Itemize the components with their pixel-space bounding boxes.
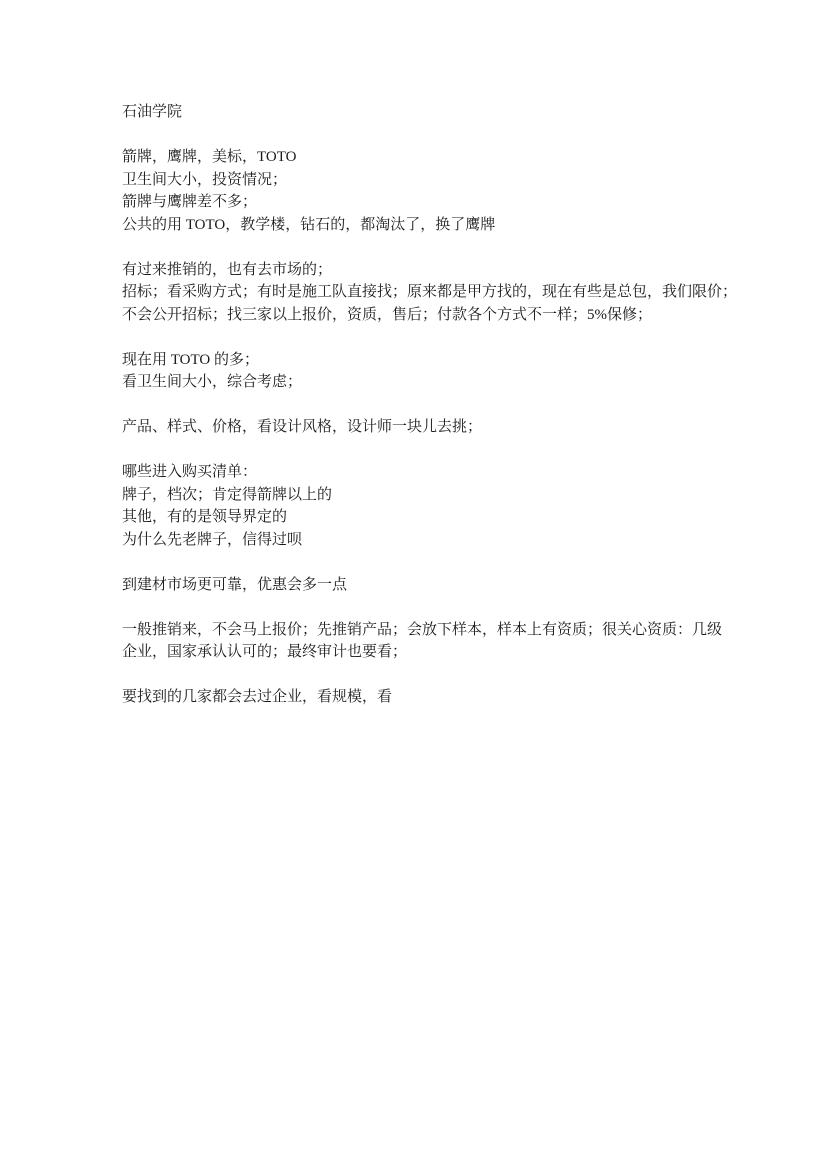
document-page: 石油学院 箭牌，鹰牌，美标，TOTO 卫生间大小，投资情况； 箭牌与鹰牌差不多；… (0, 0, 827, 1169)
text-line: 牌子，档次；肯定得箭牌以上的 (122, 484, 712, 507)
blank-line (122, 551, 712, 574)
text-line: 卫生间大小，投资情况； (122, 169, 712, 192)
blank-line (122, 326, 712, 349)
text-line: 现在用 TOTO 的多； (122, 349, 712, 372)
text-line: 看卫生间大小，综合考虑； (122, 371, 712, 394)
text-line: 公共的用 TOTO，教学楼，钻石的，都淘汰了，换了鹰牌 (122, 214, 712, 237)
blank-line (122, 124, 712, 147)
text-line: 有过来推销的，也有去市场的； (122, 259, 712, 282)
blank-line (122, 439, 712, 462)
text-line: 企业，国家承认认可的；最终审计也要看； (122, 641, 712, 664)
text-block: 石油学院 箭牌，鹰牌，美标，TOTO 卫生间大小，投资情况； 箭牌与鹰牌差不多；… (122, 101, 712, 709)
text-line: 产品、样式、价格，看设计风格，设计师一块儿去挑； (122, 416, 712, 439)
blank-line (122, 596, 712, 619)
text-line: 为什么先老牌子，信得过呗 (122, 529, 712, 552)
text-line: 招标；看采购方式；有时是施工队直接找；原来都是甲方找的，现在有些是总包，我们限价… (122, 281, 712, 304)
blank-line (122, 236, 712, 259)
text-line: 不会公开招标；找三家以上报价，资质，售后；付款各个方式不一样；5%保修； (122, 304, 712, 327)
text-line: 箭牌与鹰牌差不多； (122, 191, 712, 214)
text-line: 哪些进入购买清单： (122, 461, 712, 484)
text-line: 箭牌，鹰牌，美标，TOTO (122, 146, 712, 169)
blank-line (122, 664, 712, 687)
blank-line (122, 394, 712, 417)
text-line: 一般推销来，不会马上报价；先推销产品；会放下样本，样本上有资质；很关心资质：几级 (122, 619, 712, 642)
text-line: 要找到的几家都会去过企业，看规模，看 (122, 686, 712, 709)
document-title: 石油学院 (122, 101, 712, 124)
text-line: 其他，有的是领导界定的 (122, 506, 712, 529)
text-line: 到建材市场更可靠，优惠会多一点 (122, 574, 712, 597)
